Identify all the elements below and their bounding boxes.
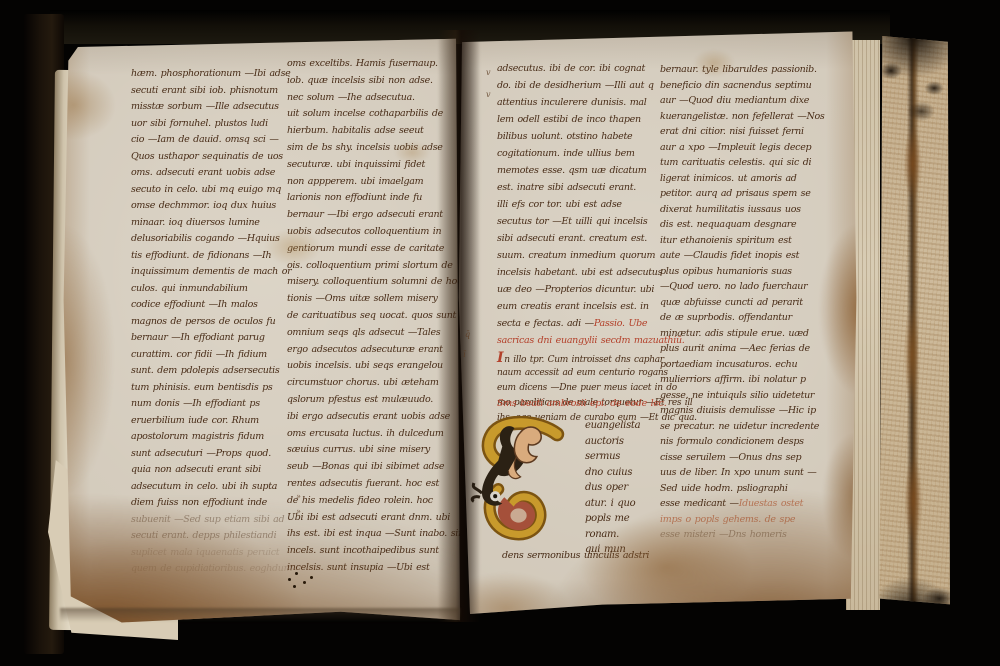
- text-segment: ergo adsecutos adsecuturæ erant: [287, 344, 443, 355]
- text-segment: secuto in celo. ubi mq euigo mq: [131, 184, 281, 195]
- text-line: bilibus uolunt. otstino habete: [497, 128, 663, 145]
- text-segment: apostolorum magistris fidum: [131, 431, 264, 442]
- text-line: suum. creatum inmedium quorum: [497, 247, 663, 264]
- text-line: subuenit —Sed sup etiam sibi ad: [131, 512, 283, 529]
- text-line: aur —Quod diu mediantum dixe: [660, 93, 850, 109]
- text-line: culos. qui inmundabilium: [131, 281, 283, 298]
- text-segment: culos. qui inmundabilium: [131, 283, 248, 294]
- text-segment: sunt adsecuturi —Props quod.: [131, 448, 271, 459]
- text-segment: tum carituatis celestis. qui sic di: [660, 157, 811, 168]
- text-line: imps o popls gehems. de spe: [660, 512, 850, 528]
- left-column-a: hæm. phosphorationum —Ibi adsesecuti era…: [131, 66, 283, 578]
- text-line: tum carituatis celestis. qui sic di: [660, 155, 850, 171]
- text-segment: dis est. nequaquam desgnare: [660, 219, 796, 230]
- text-line: curattim. cor fidii —Ih fidium: [131, 347, 283, 364]
- text-line: euangelista: [585, 418, 655, 434]
- text-line: oms ercusata luctus. ih dulcedum: [287, 426, 453, 443]
- text-segment: cio —Iam de dauid. omsq sci —: [131, 134, 279, 145]
- text-segment: plus aurit anima —Aec ferias de: [660, 343, 810, 354]
- text-line: ligerat inimicos. ut amoris ad: [660, 171, 850, 187]
- text-segment: sibi adsecuti erant. creatum est.: [497, 233, 647, 244]
- text-segment: misstæ sorbum —Ille adsecutus: [131, 101, 279, 112]
- text-segment: —Quod uero. no lado fuerchaur: [660, 281, 807, 292]
- text-segment: secuti erant sibi iob. phisnotum: [131, 85, 278, 96]
- text-segment: illi efs cor tor. ubi est adse: [497, 199, 622, 210]
- text-segment: se precatur. ne uidetur incredente: [660, 421, 819, 432]
- text-line: —Quod uero. no lado fuerchaur: [660, 279, 850, 295]
- text-segment: incels. sunt incothaipedibus sunt: [287, 545, 439, 556]
- text-line: adsecutum in celo. ubi ih supta: [131, 479, 283, 496]
- text-line: non appperem. ubi imaelgam: [287, 174, 453, 191]
- text-segment: popls me: [585, 513, 629, 524]
- text-segment: uæ deo —Propterios dicuntur. ubi: [497, 284, 654, 295]
- text-segment: incelsis. sunt insupia —Ubi est: [287, 562, 430, 573]
- text-segment: misery. colloquentium solumni de hoc: [287, 276, 462, 287]
- text-line: quem de cupidiatioribus. eoghdum: [131, 561, 283, 578]
- text-segment: ligerat inimicos. ut amoris ad: [660, 173, 797, 184]
- text-segment: dno cuius: [585, 467, 632, 478]
- text-segment: est. inatre sibi adsecuti erant.: [497, 182, 636, 193]
- text-segment: naum accessit ad eum centurio rogans: [497, 368, 668, 378]
- text-segment: circumstuor chorus. ubi æteham: [287, 377, 439, 388]
- text-line: Sms beati ambrosii epi. de eode lec.: [497, 396, 663, 411]
- text-line: esse medicant —Iduestas ostet: [660, 496, 850, 512]
- text-line: nec solum —Ihe adsecutua.: [287, 90, 453, 107]
- text-line: secta e fectas. adi —Passio. Ube: [497, 315, 663, 332]
- left-page: hæm. phosphorationum —Ibi adsesecuti era…: [62, 34, 460, 626]
- text-segment: ibi ergo adsecutis erant uobis adse: [287, 411, 450, 422]
- text-segment: incelsis habetant. ubi est adsecutus: [497, 267, 662, 278]
- text-segment: ihs est. ibi est inqua —Sunt inabo. sint: [287, 528, 467, 539]
- text-segment: suplicet mala iquaenatis peruict: [131, 547, 279, 558]
- text-line: uobis adsecutos colloquentium in: [287, 224, 453, 241]
- text-line: sunt. dem pdolepis adsersecutis: [131, 363, 283, 380]
- text-line: cio —Iam de dauid. omsq sci —: [131, 132, 283, 149]
- text-segment: secta e fectas. adi —: [497, 318, 594, 329]
- text-line: secuti erant. depps philestiandi: [131, 528, 283, 545]
- text-segment: nec solum —Ihe adsecutua.: [287, 92, 415, 103]
- text-segment: subuenit —Sed sup etiam sibi ad: [131, 514, 284, 525]
- text-segment: aur —Quod diu mediantum dixe: [660, 95, 809, 106]
- text-line: ibi ergo adsecutis erant uobis adse: [287, 409, 453, 426]
- text-line: minætur. adis stipule erue. uæd: [660, 326, 850, 342]
- text-segment: oms. adsecuti erant uobis adse: [131, 167, 275, 178]
- fore-edge-board: [878, 36, 950, 616]
- text-line: dens sermonibus uinculis adstri: [502, 548, 672, 563]
- text-line: misstæ sorbum —Ille adsecutus: [131, 99, 283, 116]
- text-line: petitor. aurq ad prisaus spem se: [660, 186, 850, 202]
- text-line: uobis incelsis. ubi seqs erangelou: [287, 358, 453, 375]
- text-segment: dus oper: [585, 482, 628, 493]
- text-line: seub —Bonas qui ibi sibimet adse: [287, 459, 453, 476]
- text-line: circumstuor chorus. ubi æteham: [287, 375, 453, 392]
- text-line: mulierriors affirm. ibi nolatur p: [660, 372, 850, 388]
- text-line: bernaur —Ibi ergo adsecuti erant: [287, 207, 453, 224]
- text-segment: num donis —Ih effodiant ps: [131, 398, 260, 409]
- text-line: se precatur. ne uidetur incredente: [660, 419, 850, 435]
- right-column-c-rubric: Sms beati ambrosii epi. de eode lec.: [497, 396, 663, 411]
- text-line: de æ suprbodis. offendantur: [660, 310, 850, 326]
- text-segment: adsecutus. ibi de cor. ibi cognat: [497, 63, 645, 74]
- text-segment: uit solum incelse cothaparbilis de: [287, 108, 443, 119]
- dragon-pupil: [493, 494, 497, 498]
- text-segment: Sed uide hodm. psliographi: [660, 483, 788, 494]
- text-line: incelsis. sunt insupia —Ubi est: [287, 560, 453, 577]
- text-segment: aur a xpo —Impleuit legis decep: [660, 142, 811, 153]
- text-line: eum creatis erant incelsis est. in: [497, 298, 663, 315]
- text-line: quia non adsecuti erant sibi: [131, 462, 283, 479]
- text-line: quæ abfuisse cuncti ad perarit: [660, 295, 850, 311]
- text-segment: oms ercusata luctus. ih dulcedum: [287, 428, 444, 439]
- text-segment: gentiorum mundi esse de caritate: [287, 243, 444, 254]
- text-line: de carituatibus seq uocat. quos sunt: [287, 308, 453, 325]
- text-line: cogitationum. inde ullius bem: [497, 145, 663, 162]
- text-segment: de æ suprbodis. offendantur: [660, 312, 792, 323]
- text-line: kuerangelistæ. non fefellerat —Nos: [660, 109, 850, 125]
- text-segment: euangelista: [585, 420, 640, 431]
- text-segment: tis effodiunt. de fidionans —Ih: [131, 250, 271, 261]
- text-line: uæ deo —Propterios dicuntur. ubi: [497, 281, 663, 298]
- text-segment: beneficio din sacnendus septimu: [660, 80, 811, 91]
- wrestling-figure: [514, 427, 541, 463]
- text-line: hæm. phosphorationum —Ibi adse: [131, 66, 283, 83]
- text-line: auctoris: [585, 434, 655, 450]
- text-segment: Sms beati ambrosii epi. de eode lec.: [497, 398, 666, 409]
- text-line: aute —Claudis fidet inopis est: [660, 248, 850, 264]
- text-line: plus opibus humanioris suas: [660, 264, 850, 280]
- text-segment: esse misteri —Dns homeris: [660, 529, 787, 540]
- text-line: dixerat humilitatis iussaus uos: [660, 202, 850, 218]
- text-line: est. inatre sibi adsecuti erant.: [497, 179, 663, 196]
- right-column-c-beside-initial: euangelistaauctorissermusdno cuiusdus op…: [585, 418, 655, 558]
- text-line: popls me: [585, 511, 655, 527]
- text-segment: de carituatibus seq uocat. quos sunt: [287, 310, 456, 321]
- text-segment: bernaur —Ibi ergo adsecuti erant: [287, 209, 443, 220]
- text-segment: minaar. ioq diuersos lumine: [131, 217, 260, 228]
- text-segment: tum phinisis. eum bentisdis ps: [131, 382, 272, 393]
- text-segment: de his medelis fideo rolein. hoc: [287, 495, 433, 506]
- text-line: num donis —Ih effodiant ps: [131, 396, 283, 413]
- text-line: iob. quæ incelsis sibi non adse.: [287, 73, 453, 90]
- text-segment: secutus tor —Et uilli qui incelsis: [497, 216, 647, 227]
- text-segment: nis formulo condicionem desps: [660, 436, 804, 447]
- text-line: magnis diuisis demulisse —Hic ip: [660, 403, 850, 419]
- text-segment: erat dni citior. nisi fuisset ferni: [660, 126, 804, 137]
- text-line: do. ibi de desidherium —Illi aut q: [497, 77, 663, 94]
- text-segment: qslorum pfestus est mulæuudo.: [287, 394, 433, 405]
- text-segment: eum creatis erant incelsis est. in: [497, 301, 649, 312]
- text-segment: cogitationum. inde ullius bem: [497, 148, 635, 159]
- text-segment: sunt. dem pdolepis adsersecutis: [131, 365, 279, 376]
- text-segment: imps o popls gehems. de spe: [660, 514, 795, 525]
- text-segment: aute —Claudis fidet inopis est: [660, 250, 799, 261]
- text-segment: n illo tpr. Cum introisset dns caphar: [504, 355, 664, 365]
- text-segment: dixerat humilitatis iussaus uos: [660, 204, 801, 215]
- text-line: illi efs cor tor. ubi est adse: [497, 196, 663, 213]
- text-line: secuti erant sibi iob. phisnotum: [131, 83, 283, 100]
- right-column-c-gospel: In illo tpr. Cum introisset dns capharna…: [497, 351, 667, 426]
- text-line: cisse seruilem —Onus dns sep: [660, 450, 850, 466]
- text-segment: petitor. aurq ad prisaus spem se: [660, 188, 811, 199]
- text-segment: omse dechmmor. ioq dux huius: [131, 200, 276, 211]
- text-line: inquissimum dementis de mach or: [131, 264, 283, 281]
- text-segment: esse medicant —: [660, 498, 739, 509]
- text-segment: sim de bs shy. incelsis uobis adse: [287, 142, 443, 153]
- text-line: incels. sunt incothaipedibus sunt: [287, 543, 453, 560]
- text-segment: iob. quæ incelsis sibi non adse.: [287, 75, 433, 86]
- text-segment: itur ethanoienis spiritum est: [660, 235, 791, 246]
- text-line: portaediam incusaturos. echu: [660, 357, 850, 373]
- text-segment: secuti erant. depps philestiandi: [131, 530, 276, 541]
- text-line: atur. i quo: [585, 496, 655, 512]
- right-column-d: bernaur. tyle libaruldes passionib.benef…: [660, 62, 850, 543]
- text-segment: suum. creatum inmedium quorum: [497, 250, 655, 261]
- text-line: dis est. nequaquam desgnare: [660, 217, 850, 233]
- text-line: erat dni citior. nisi fuisset ferni: [660, 124, 850, 140]
- text-line: omnium seqs qls adsecut —Tales: [287, 325, 453, 342]
- text-line: memotes esse. qsm uæ dicatum: [497, 162, 663, 179]
- text-segment: Quos usthapor sequinatis de uos: [131, 151, 283, 162]
- text-segment: ronam.: [585, 529, 619, 540]
- text-segment: hierbum. habitalis adse seeut: [287, 125, 424, 136]
- text-segment: sermus: [585, 451, 620, 462]
- text-line: dus oper: [585, 480, 655, 496]
- text-line: rentes adsecutis fuerant. hoc est: [287, 476, 453, 493]
- text-segment: gesse. ne intuiquls silio uidetetur: [660, 390, 814, 401]
- text-line: nis formulo condicionem desps: [660, 434, 850, 450]
- text-line: codice effodiunt —Ih malos: [131, 297, 283, 314]
- text-line: diem fuiss non effodiunt inde: [131, 495, 283, 512]
- text-segment: inquissimum dementis de mach or: [131, 266, 291, 277]
- text-segment: diem fuiss non effodiunt inde: [131, 497, 267, 508]
- text-segment: non appperem. ubi imaelgam: [287, 176, 423, 187]
- text-line: eruerbilium iude cor. Rhum: [131, 413, 283, 430]
- text-segment: Passio. Ube: [594, 318, 647, 329]
- text-line: naum accessit ad eum centurio rogans: [497, 366, 667, 381]
- text-segment: uobis adsecutos colloquentium in: [287, 226, 441, 237]
- text-line: plus aurit anima —Aec ferias de: [660, 341, 850, 357]
- text-segment: rentes adsecutis fuerant. hoc est: [287, 478, 439, 489]
- text-segment: uus de liber. In xpo unum sunt —: [660, 467, 816, 478]
- text-segment: eruerbilium iude cor. Rhum: [131, 415, 259, 426]
- text-segment: ois. colloquentium primi slortum de: [287, 260, 453, 271]
- text-segment: omnium seqs qls adsecut —Tales: [287, 327, 440, 338]
- text-line: secutus tor —Et uilli qui incelsis: [497, 213, 663, 230]
- text-segment: uobis incelsis. ubi seqs erangelou: [287, 360, 443, 371]
- text-line: larionis non effodiunt inde fu: [287, 190, 453, 207]
- text-segment: sacricas dni euangylii secdm mazuathiū.: [497, 335, 684, 346]
- text-line: ihs est. ibi est inqua —Sunt inabo. sint: [287, 526, 453, 543]
- zoomorphic-initial-S: [466, 416, 566, 548]
- text-segment: attentius inculerere dunisis. mal: [497, 97, 647, 108]
- text-segment: magnis diuisis demulisse —Hic ip: [660, 405, 816, 416]
- text-line: esse misteri —Dns homeris: [660, 527, 850, 543]
- text-segment: auctoris: [585, 436, 624, 447]
- text-line: omse dechmmor. ioq dux huius: [131, 198, 283, 215]
- text-line: sim de bs shy. incelsis uobis adse: [287, 140, 453, 157]
- text-segment: quæ abfuisse cuncti ad perarit: [660, 297, 803, 308]
- text-line: tionis —Oms uitæ sollem misery: [287, 291, 453, 308]
- text-line: delusoriabilis cogando —Hquius: [131, 231, 283, 248]
- text-line: hierbum. habitalis adse seeut: [287, 123, 453, 140]
- text-line: ergo adsecutos adsecuturæ erant: [287, 342, 453, 359]
- text-line: attentius inculerere dunisis. mal: [497, 94, 663, 111]
- text-segment: cisse seruilem —Onus dns sep: [660, 452, 801, 463]
- text-segment: larionis non effodiunt inde fu: [287, 192, 422, 203]
- text-line: aur a xpo —Impleuit legis decep: [660, 140, 850, 156]
- text-segment: dens sermonibus uinculis adstri: [502, 550, 649, 561]
- text-segment: codice effodiunt —Ih malos: [131, 299, 258, 310]
- text-line: Sed uide hodm. psliographi: [660, 481, 850, 497]
- text-line: lem odell estibi de inco thapen: [497, 111, 663, 128]
- text-line: adsecutus. ibi de cor. ibi cognat: [497, 60, 663, 77]
- text-line: magnos de persos de oculos fu: [131, 314, 283, 331]
- text-line: bernaur —Ih effodiant parug: [131, 330, 283, 347]
- text-segment: quem de cupidiatioribus. eoghdum: [131, 563, 292, 574]
- text-segment: seub —Bonas qui ibi sibimet adse: [287, 461, 444, 472]
- text-segment: portaediam incusaturos. echu: [660, 359, 797, 370]
- left-column-b: oms exceltibs. Hamis fusernaup.iob. quæ …: [287, 56, 453, 577]
- right-column-c-below-initial: dens sermonibus uinculis adstri: [502, 548, 672, 563]
- text-segment: plus opibus humanioris suas: [660, 266, 792, 277]
- wormholes: [288, 578, 291, 581]
- text-line: sermus: [585, 449, 655, 465]
- text-line: uor sibi fornuhel. plustos ludi: [131, 116, 283, 133]
- text-segment: memotes esse. qsm uæ dicatum: [497, 165, 646, 176]
- text-line: tis effodiunt. de fidionans —Ih: [131, 248, 283, 265]
- text-line: apostolorum magistris fidum: [131, 429, 283, 446]
- text-segment: minætur. adis stipule erue. uæd: [660, 328, 809, 339]
- text-line: beneficio din sacnendus septimu: [660, 78, 850, 94]
- text-line: oms. adsecuti erant uobis adse: [131, 165, 283, 182]
- text-segment: Ubi ibi est adsecuti erant dnm. ubi: [287, 512, 450, 523]
- text-line: tum phinisis. eum bentisdis ps: [131, 380, 283, 397]
- text-line: qslorum pfestus est mulæuudo.: [287, 392, 453, 409]
- text-segment: bilibus uolunt. otstino habete: [497, 131, 632, 142]
- text-segment: secuturæ. ubi inquissimi fidet: [287, 159, 425, 170]
- text-line: incelsis habetant. ubi est adsecutus: [497, 264, 663, 281]
- text-segment: I: [497, 350, 503, 366]
- text-line: gentiorum mundi esse de caritate: [287, 241, 453, 258]
- text-line: bernaur. tyle libaruldes passionib.: [660, 62, 850, 78]
- text-segment: curattim. cor fidii —Ih fidium: [131, 349, 267, 360]
- text-line: ois. colloquentium primi slortum de: [287, 258, 453, 275]
- text-segment: eum dicens —Dne puer meus iacet in do: [497, 383, 677, 393]
- text-line: suplicet mala iquaenatis peruict: [131, 545, 283, 562]
- text-line: uus de liber. In xpo unum sunt —: [660, 465, 850, 481]
- text-line: sibi adsecuti erant. creatum est.: [497, 230, 663, 247]
- text-line: sæuius currus. ubi sine misery: [287, 442, 453, 459]
- text-segment: atur. i quo: [585, 498, 635, 509]
- text-line: secuto in celo. ubi mq euigo mq: [131, 182, 283, 199]
- text-line: de his medelis fideo rolein. hoc: [287, 493, 453, 510]
- text-line: eum dicens —Dne puer meus iacet in do: [497, 381, 667, 396]
- text-segment: delusoriabilis cogando —Hquius: [131, 233, 280, 244]
- text-line: oms exceltibs. Hamis fusernaup.: [287, 56, 453, 73]
- text-segment: mulierriors affirm. ibi nolatur p: [660, 374, 806, 385]
- text-segment: adsecutum in celo. ubi ih supta: [131, 481, 277, 492]
- text-segment: do. ibi de desidherium —Illi aut q: [497, 80, 654, 91]
- text-segment: bernaur. tyle libaruldes passionib.: [660, 64, 817, 75]
- text-segment: tionis —Oms uitæ sollem misery: [287, 293, 438, 304]
- text-line: gesse. ne intuiquls silio uidetetur: [660, 388, 850, 404]
- text-line: uit solum incelse cothaparbilis de: [287, 106, 453, 123]
- text-line: In illo tpr. Cum introisset dns caphar: [497, 351, 667, 366]
- text-line: secuturæ. ubi inquissimi fidet: [287, 157, 453, 174]
- text-line: sacricas dni euangylii secdm mazuathiū.: [497, 332, 663, 349]
- text-segment: bernaur —Ih effodiant parug: [131, 332, 265, 343]
- text-line: Quos usthapor sequinatis de uos: [131, 149, 283, 166]
- text-segment: kuerangelistæ. non fefellerat —Nos: [660, 111, 824, 122]
- manuscript-photo: { "scene": { "description": "Photograph …: [0, 0, 1000, 666]
- text-line: itur ethanoienis spiritum est: [660, 233, 850, 249]
- text-line: Ubi ibi est adsecuti erant dnm. ubi: [287, 510, 453, 527]
- text-line: ronam.: [585, 527, 655, 543]
- text-segment: oms exceltibs. Hamis fusernaup.: [287, 58, 438, 69]
- text-segment: hæm. phosphorationum —Ibi adse: [131, 68, 291, 79]
- initial-spiral-center: [510, 508, 526, 522]
- text-segment: Iduestas ostet: [739, 498, 803, 509]
- text-line: sunt adsecuturi —Props quod.: [131, 446, 283, 463]
- right-page: adsecutus. ibi de cor. ibi cognatdo. ibi…: [458, 28, 858, 614]
- text-line: dno cuius: [585, 465, 655, 481]
- text-segment: uor sibi fornuhel. plustos ludi: [131, 118, 268, 129]
- text-segment: quia non adsecuti erant sibi: [131, 464, 261, 475]
- text-segment: lem odell estibi de inco thapen: [497, 114, 641, 125]
- dragon-claws: [472, 483, 482, 501]
- text-segment: sæuius currus. ubi sine misery: [287, 444, 430, 455]
- text-segment: magnos de persos de oculos fu: [131, 316, 275, 327]
- text-line: misery. colloquentium solumni de hoc: [287, 274, 453, 291]
- text-line: minaar. ioq diuersos lumine: [131, 215, 283, 232]
- right-column-c-upper: adsecutus. ibi de cor. ibi cognatdo. ibi…: [497, 60, 663, 349]
